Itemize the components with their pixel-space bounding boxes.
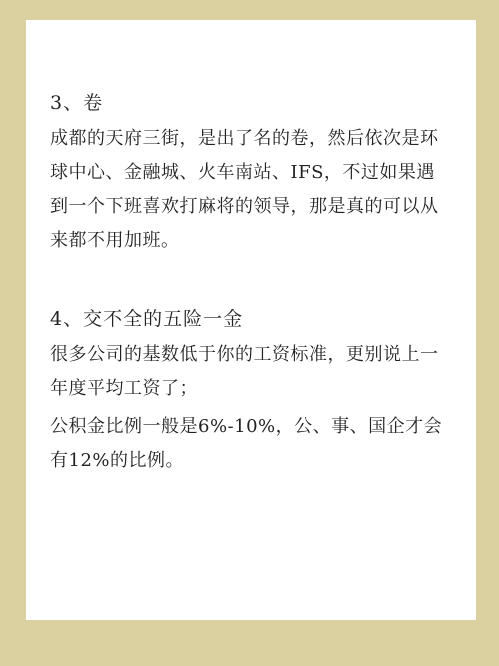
article-body: 3、卷 成都的天府三街，是出了名的卷，然后依次是环球中心、金融城、火车南站、IF…: [50, 90, 450, 478]
section-4-insurance: 4、交不全的五险一金 很多公司的基数低于你的工资标准，更别说上一年度平均工资了；…: [50, 306, 450, 478]
section-paragraph: 很多公司的基数低于你的工资标准，更别说上一年度平均工资了；: [50, 338, 450, 406]
content-card: 3、卷 成都的天府三街，是出了名的卷，然后依次是环球中心、金融城、火车南站、IF…: [26, 20, 476, 620]
section-heading: 4、交不全的五险一金: [50, 306, 450, 332]
section-paragraph: 成都的天府三街，是出了名的卷，然后依次是环球中心、金融城、火车南站、IFS，不过…: [50, 122, 450, 258]
section-paragraph: 公积金比例一般是6%-10%，公、事、国企才会有12%的比例。: [50, 410, 450, 478]
section-3-juan: 3、卷 成都的天府三街，是出了名的卷，然后依次是环球中心、金融城、火车南站、IF…: [50, 90, 450, 258]
section-heading: 3、卷: [50, 90, 450, 116]
